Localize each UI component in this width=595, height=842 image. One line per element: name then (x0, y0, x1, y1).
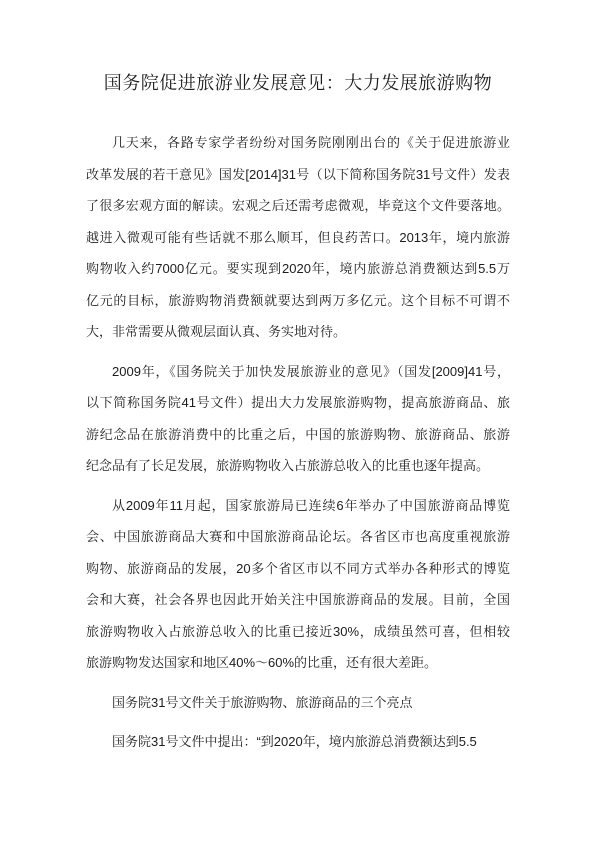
text-line: 大，非常需要从微观层面认真、务实地对待。 (86, 316, 510, 348)
text-line: 会、中国旅游商品大赛和中国旅游商品论坛。各省区市也高度重视旅游 (86, 521, 510, 553)
text-line: 改革发展的若干意见》国发[2014]31号（以下简称国务院31号文件）发表 (86, 159, 510, 191)
text-line: 从2009年11月起，国家旅游局已连续6年举办了中国旅游商品博览 (86, 490, 510, 522)
document-title: 国务院促进旅游业发展意见：大力发展旅游购物 (86, 70, 510, 96)
text-line: 游纪念品在旅游消费中的比重之后，中国的旅游购物、旅游商品、旅游 (86, 419, 510, 451)
paragraph: 2009年，《国务院关于加快发展旅游业的意见》（国发[2009]41号， 以下简… (86, 356, 510, 482)
text-line: 旅游购物发达国家和地区40%～60%的比重，还有很大差距。 (86, 647, 510, 679)
paragraph-subheading: 国务院31号文件关于旅游购物、旅游商品的三个亮点 (86, 687, 510, 719)
text-line: 会和大赛，社会各界也因此开始关注中国旅游商品的发展。目前，全国 (86, 584, 510, 616)
paragraph: 几天来，各路专家学者纷纷对国务院刚刚出台的《关于促进旅游业 改革发展的若干意见》… (86, 127, 510, 348)
text-line: 了很多宏观方面的解读。宏观之后还需考虑微观，毕竟这个文件要落地。 (86, 190, 510, 222)
text-line: 几天来，各路专家学者纷纷对国务院刚刚出台的《关于促进旅游业 (86, 127, 510, 159)
text-line: 亿元的目标，旅游购物消费额就要达到两万多亿元。这个目标不可谓不 (86, 285, 510, 317)
text-line: 以下简称国务院41号文件）提出大力发展旅游购物，提高旅游商品、旅 (86, 387, 510, 419)
paragraph: 从2009年11月起，国家旅游局已连续6年举办了中国旅游商品博览 会、中国旅游商… (86, 490, 510, 679)
text-line: 购物收入约7000亿元。要实现到2020年，境内旅游总消费额达到5.5万 (86, 253, 510, 285)
paragraph: 国务院31号文件中提出：“到2020年，境内旅游总消费额达到5.5 (86, 726, 510, 758)
text-line: 纪念品有了长足发展，旅游购物收入占旅游总收入的比重也逐年提高。 (86, 450, 510, 482)
text-line: 购物、旅游商品的发展，20多个省区市以不同方式举办各种形式的博览 (86, 553, 510, 585)
text-line: 国务院31号文件关于旅游购物、旅游商品的三个亮点 (86, 687, 510, 719)
text-line: 越进入微观可能有些话就不那么顺耳，但良药苦口。2013年，境内旅游 (86, 222, 510, 254)
document-body: 几天来，各路专家学者纷纷对国务院刚刚出台的《关于促进旅游业 改革发展的若干意见》… (86, 127, 510, 758)
text-line: 国务院31号文件中提出：“到2020年，境内旅游总消费额达到5.5 (86, 726, 510, 758)
text-line: 2009年，《国务院关于加快发展旅游业的意见》（国发[2009]41号， (86, 356, 510, 388)
text-line: 旅游购物收入占旅游总收入的比重已接近30%，成绩虽然可喜，但相较 (86, 616, 510, 648)
document-page: 国务院促进旅游业发展意见：大力发展旅游购物 几天来，各路专家学者纷纷对国务院刚刚… (0, 0, 595, 842)
